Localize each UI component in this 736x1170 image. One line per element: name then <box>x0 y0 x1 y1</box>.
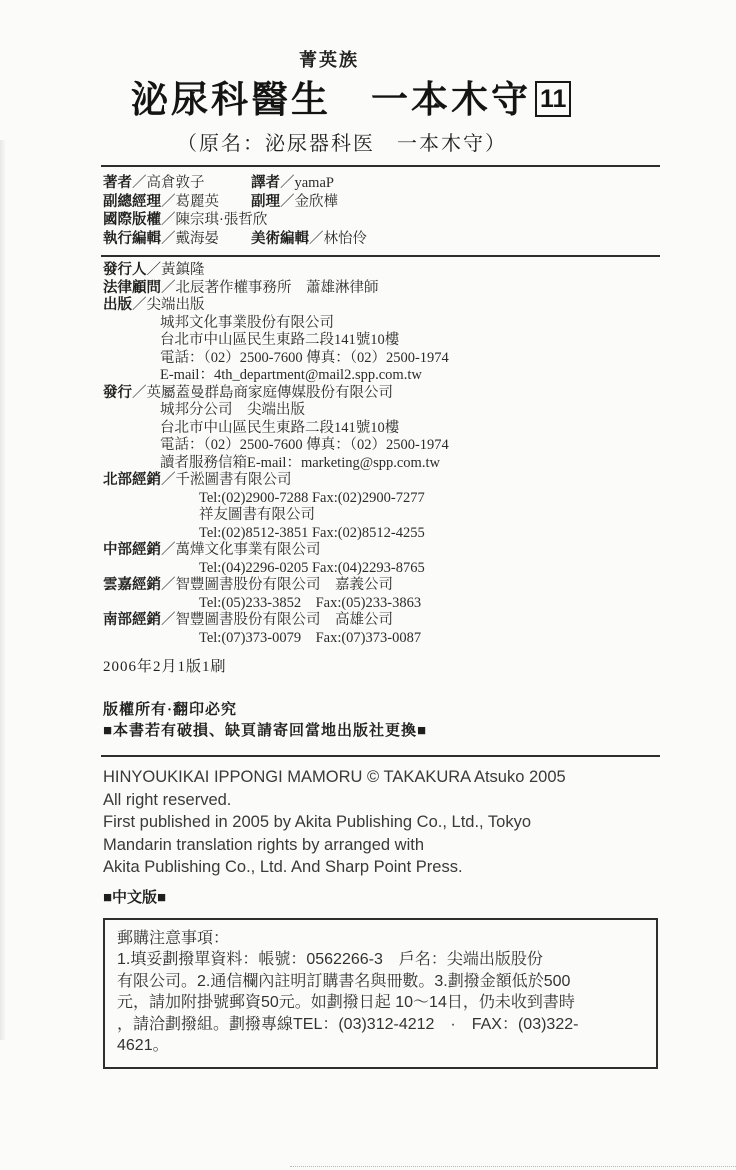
entry-subline: 祥友圖書有限公司 <box>103 507 666 525</box>
credit-person-name: 葛麗英 <box>176 194 220 210</box>
english-copyright-line: First published in 2005 by Akita Publish… <box>103 811 666 834</box>
credits-row: 著者／高倉敦子譯者／yamaP <box>103 174 666 193</box>
credit-pair: 譯者／yamaP <box>251 175 334 191</box>
english-copyright-block: HINYOUKIKAI IPPONGI MAMORU © TAKAKURA At… <box>103 766 666 879</box>
credit-role-label: 譯者 <box>251 175 280 191</box>
slash-separator: ／ <box>132 385 147 401</box>
credit-pair: 副理／金欣樺 <box>251 194 338 210</box>
credit-role-label: 美術編輯 <box>251 231 309 247</box>
slash-separator: ／ <box>161 612 176 628</box>
mail-order-line: 有限公司。2.通信欄內註明訂購書名與冊數。3.劃撥金額低於500 <box>117 971 644 993</box>
book-title: 泌尿科醫生 一本木守11 <box>131 78 666 124</box>
entry-value: 黃鎮隆 <box>161 262 205 278</box>
english-copyright-line: Akita Publishing Co., Ltd. And Sharp Poi… <box>103 856 666 879</box>
entry-label: 出版 <box>103 297 132 313</box>
mail-order-line: 4621。 <box>117 1035 644 1057</box>
credit-role-label: 副理 <box>251 194 280 210</box>
slash-separator: ／ <box>147 262 162 278</box>
entry-subline: 電話：（02）2500-7600 傳真：（02）2500-1974 <box>103 437 666 455</box>
entry-subline: 城邦文化事業股份有限公司 <box>103 315 666 333</box>
page-content: 菁英族 泌尿科醫生 一本木守11 （原名：泌尿器科医 一本木守） 著者／高倉敦子… <box>0 0 736 1069</box>
entry-value: 北辰著作權事務所 蕭雄淋律師 <box>176 280 379 296</box>
original-title: （原名：泌尿器科医 一本木守） <box>177 130 666 158</box>
horizontal-rule <box>101 755 660 757</box>
entry-head: 南部經銷／智豐圖書股份有限公司 高雄公司 <box>103 612 666 630</box>
slash-separator: ／ <box>161 577 176 593</box>
credits-row: 國際版權／陳宗琪·張哲欣 <box>103 211 666 230</box>
mail-order-box: 郵購注意事項： 1.填妥劃撥單資料：帳號：0562266-3 戶名：尖端出版股份… <box>103 918 658 1069</box>
entry-subline: 電話：（02）2500-7600 傳真：（02）2500-1974 <box>103 350 666 368</box>
entry-value: 智豐圖書股份有限公司 高雄公司 <box>176 612 394 628</box>
credit-person-name: 高倉敦子 <box>147 175 205 191</box>
entry-subline: E-mail：4th_department@mail2.spp.com.tw <box>103 367 666 385</box>
rights-reserved-line: 版權所有·翻印必究 <box>103 700 666 721</box>
tel-fax-line: Tel:(05)233-3852 Fax:(05)233-3863 <box>103 595 666 613</box>
publishing-entry: 南部經銷／智豐圖書股份有限公司 高雄公司 Tel:(07)373-0079 Fa… <box>103 612 666 647</box>
slash-separator: ／ <box>280 175 295 191</box>
mail-order-heading: 郵購注意事項： <box>117 928 644 950</box>
entry-head: 發行人／黃鎮隆 <box>103 262 666 280</box>
entry-subline: 城邦分公司 尖端出版 <box>103 402 666 420</box>
entry-value: 尖端出版 <box>147 297 205 313</box>
edition-note: 2006年2月1版1刷 <box>103 657 666 678</box>
horizontal-rule <box>101 255 660 257</box>
publishing-entry: 雲嘉經銷／智豐圖書股份有限公司 嘉義公司 Tel:(05)233-3852 Fa… <box>103 577 666 612</box>
slash-separator: ／ <box>132 297 147 313</box>
credit-pair: 國際版權／陳宗琪·張哲欣 <box>103 212 267 228</box>
entry-head: 北部經銷／千淞圖書有限公司 <box>103 472 666 490</box>
publishing-entry: 發行人／黃鎮隆 <box>103 262 666 280</box>
tel-fax-line: Tel:(02)2900-7288 Fax:(02)2900-7277 <box>103 490 666 508</box>
chinese-edition-marker: ■中文版■ <box>103 888 666 909</box>
credit-pair: 美術編輯／林怡伶 <box>251 231 367 247</box>
tel-fax-line: Tel:(04)2296-0205 Fax:(04)2293-8765 <box>103 560 666 578</box>
credit-pair: 副總經理／葛麗英 <box>103 193 251 212</box>
scan-edge-artifact <box>0 140 6 1040</box>
publishing-entry: 法律顧問／北辰著作權事務所 蕭雄淋律師 <box>103 280 666 298</box>
rights-notice: 版權所有·翻印必究 ■本書若有破損、缺頁請寄回當地出版社更換■ <box>103 700 666 742</box>
slash-separator: ／ <box>161 212 176 228</box>
entry-value: 智豐圖書股份有限公司 嘉義公司 <box>176 577 394 593</box>
book-title-text: 泌尿科醫生 一本木守 <box>131 80 531 121</box>
slash-separator: ／ <box>309 231 324 247</box>
credit-person-name: 陳宗琪·張哲欣 <box>176 212 268 228</box>
english-copyright-line: HINYOUKIKAI IPPONGI MAMORU © TAKAKURA At… <box>103 766 666 789</box>
tel-fax-line: Tel:(07)373-0079 Fax:(07)373-0087 <box>103 630 666 648</box>
entry-label: 中部經銷 <box>103 542 161 558</box>
entry-label: 雲嘉經銷 <box>103 577 161 593</box>
credit-pair: 執行編輯／戴海晏 <box>103 230 251 249</box>
scan-bottom-artifact <box>290 1166 736 1167</box>
credit-person-name: yamaP <box>295 175 334 191</box>
credit-person-name: 金欣樺 <box>295 194 339 210</box>
credits-row: 副總經理／葛麗英副理／金欣樺 <box>103 193 666 212</box>
entry-label: 發行人 <box>103 262 147 278</box>
slash-separator: ／ <box>161 194 176 210</box>
publishing-entry: 出版／尖端出版 城邦文化事業股份有限公司 台北市中山區民生東路二段141號10樓… <box>103 297 666 385</box>
entry-value: 英屬蓋曼群島商家庭傳媒股份有限公司 <box>147 385 394 401</box>
series-label: 菁英族 <box>299 48 666 72</box>
tel-fax-line: Tel:(02)8512-3851 Fax:(02)8512-4255 <box>103 525 666 543</box>
entry-label: 北部經銷 <box>103 472 161 488</box>
credits-row: 執行編輯／戴海晏美術編輯／林怡伶 <box>103 230 666 249</box>
entry-head: 出版／尖端出版 <box>103 297 666 315</box>
publishing-block: 發行人／黃鎮隆 法律顧問／北辰著作權事務所 蕭雄淋律師 出版／尖端出版 城邦文化… <box>103 262 666 647</box>
entry-value: 千淞圖書有限公司 <box>176 472 292 488</box>
entry-value: 萬燁文化事業有限公司 <box>176 542 321 558</box>
credits-block: 著者／高倉敦子譯者／yamaP 副總經理／葛麗英副理／金欣樺 國際版權／陳宗琪·… <box>103 174 666 248</box>
title-block: 菁英族 泌尿科醫生 一本木守11 （原名：泌尿器科医 一本木守） <box>103 48 666 158</box>
entry-subline: 台北市中山區民生東路二段141號10樓 <box>103 332 666 350</box>
slash-separator: ／ <box>132 175 147 191</box>
credit-pair: 著者／高倉敦子 <box>103 174 251 193</box>
credit-role-label: 副總經理 <box>103 194 161 210</box>
english-copyright-line: Mandarin translation rights by arranged … <box>103 834 666 857</box>
entry-subline: 台北市中山區民生東路二段141號10樓 <box>103 420 666 438</box>
volume-number-box: 11 <box>535 81 571 117</box>
colophon-page: 菁英族 泌尿科醫生 一本木守11 （原名：泌尿器科医 一本木守） 著者／高倉敦子… <box>0 0 736 1170</box>
mail-order-line: 元，請加附掛號郵資50元。如劃撥日起 10～14日，仍未收到書時 <box>117 992 644 1014</box>
publishing-entry: 中部經銷／萬燁文化事業有限公司 Tel:(04)2296-0205 Fax:(0… <box>103 542 666 577</box>
english-copyright-line: All right reserved. <box>103 789 666 812</box>
credit-person-name: 戴海晏 <box>176 231 220 247</box>
credit-role-label: 執行編輯 <box>103 231 161 247</box>
credit-role-label: 國際版權 <box>103 212 161 228</box>
horizontal-rule <box>101 165 660 167</box>
credit-person-name: 林怡伶 <box>324 231 368 247</box>
publishing-entry: 發行／英屬蓋曼群島商家庭傳媒股份有限公司 城邦分公司 尖端出版 台北市中山區民生… <box>103 385 666 473</box>
entry-head: 發行／英屬蓋曼群島商家庭傳媒股份有限公司 <box>103 385 666 403</box>
entry-head: 法律顧問／北辰著作權事務所 蕭雄淋律師 <box>103 280 666 298</box>
slash-separator: ／ <box>161 231 176 247</box>
entry-subline: 讀者服務信箱E-mail：marketing@spp.com.tw <box>103 455 666 473</box>
credit-role-label: 著者 <box>103 175 132 191</box>
slash-separator: ／ <box>161 472 176 488</box>
entry-label: 發行 <box>103 385 132 401</box>
damage-replacement-notice: ■本書若有破損、缺頁請寄回當地出版社更換■ <box>103 721 666 742</box>
slash-separator: ／ <box>161 542 176 558</box>
slash-separator: ／ <box>280 194 295 210</box>
entry-label: 南部經銷 <box>103 612 161 628</box>
slash-separator: ／ <box>161 280 176 296</box>
entry-head: 雲嘉經銷／智豐圖書股份有限公司 嘉義公司 <box>103 577 666 595</box>
publishing-entry: 北部經銷／千淞圖書有限公司 Tel:(02)2900-7288 Fax:(02)… <box>103 472 666 542</box>
mail-order-line: ，請洽劃撥組。劃撥專線TEL：(03)312-4212 · FAX：(03)32… <box>117 1014 644 1036</box>
entry-label: 法律顧問 <box>103 280 161 296</box>
entry-head: 中部經銷／萬燁文化事業有限公司 <box>103 542 666 560</box>
mail-order-line: 1.填妥劃撥單資料：帳號：0562266-3 戶名：尖端出版股份 <box>117 949 644 971</box>
